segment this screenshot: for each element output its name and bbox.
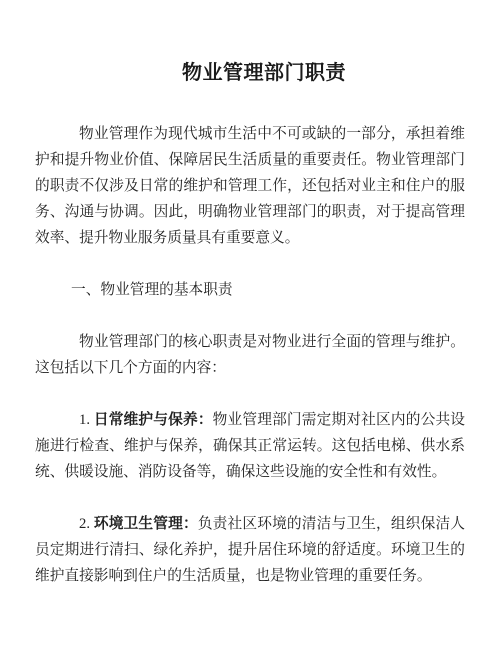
duty-item-1-term: 日常维护与保养：: [94, 412, 213, 428]
duty-item-2-term: 环境卫生管理：: [94, 516, 198, 532]
duty-item-2: 2. 环境卫生管理：负责社区环境的清洁与卫生，组织保洁人员定期进行清扫、绿化养护…: [35, 511, 465, 589]
document-title: 物业管理部门职责: [35, 58, 465, 88]
duty-item-1-number: 1.: [79, 412, 94, 428]
document-page: 物业管理部门职责 物业管理作为现代城市生活中不可或缺的一部分，承担着维护和提升物…: [0, 0, 500, 647]
section-heading: 一、物业管理的基本职责: [35, 277, 465, 303]
intro-paragraph: 物业管理作为现代城市生活中不可或缺的一部分，承担着维护和提升物业价值、保障居民生…: [35, 121, 465, 251]
duty-item-1: 1. 日常维护与保养：物业管理部门需定期对社区内的公共设施进行检查、维护与保养，…: [35, 407, 465, 485]
section-lead-paragraph: 物业管理部门的核心职责是对物业进行全面的管理与维护。这包括以下几个方面的内容：: [35, 329, 465, 381]
duty-item-2-number: 2.: [79, 516, 94, 532]
